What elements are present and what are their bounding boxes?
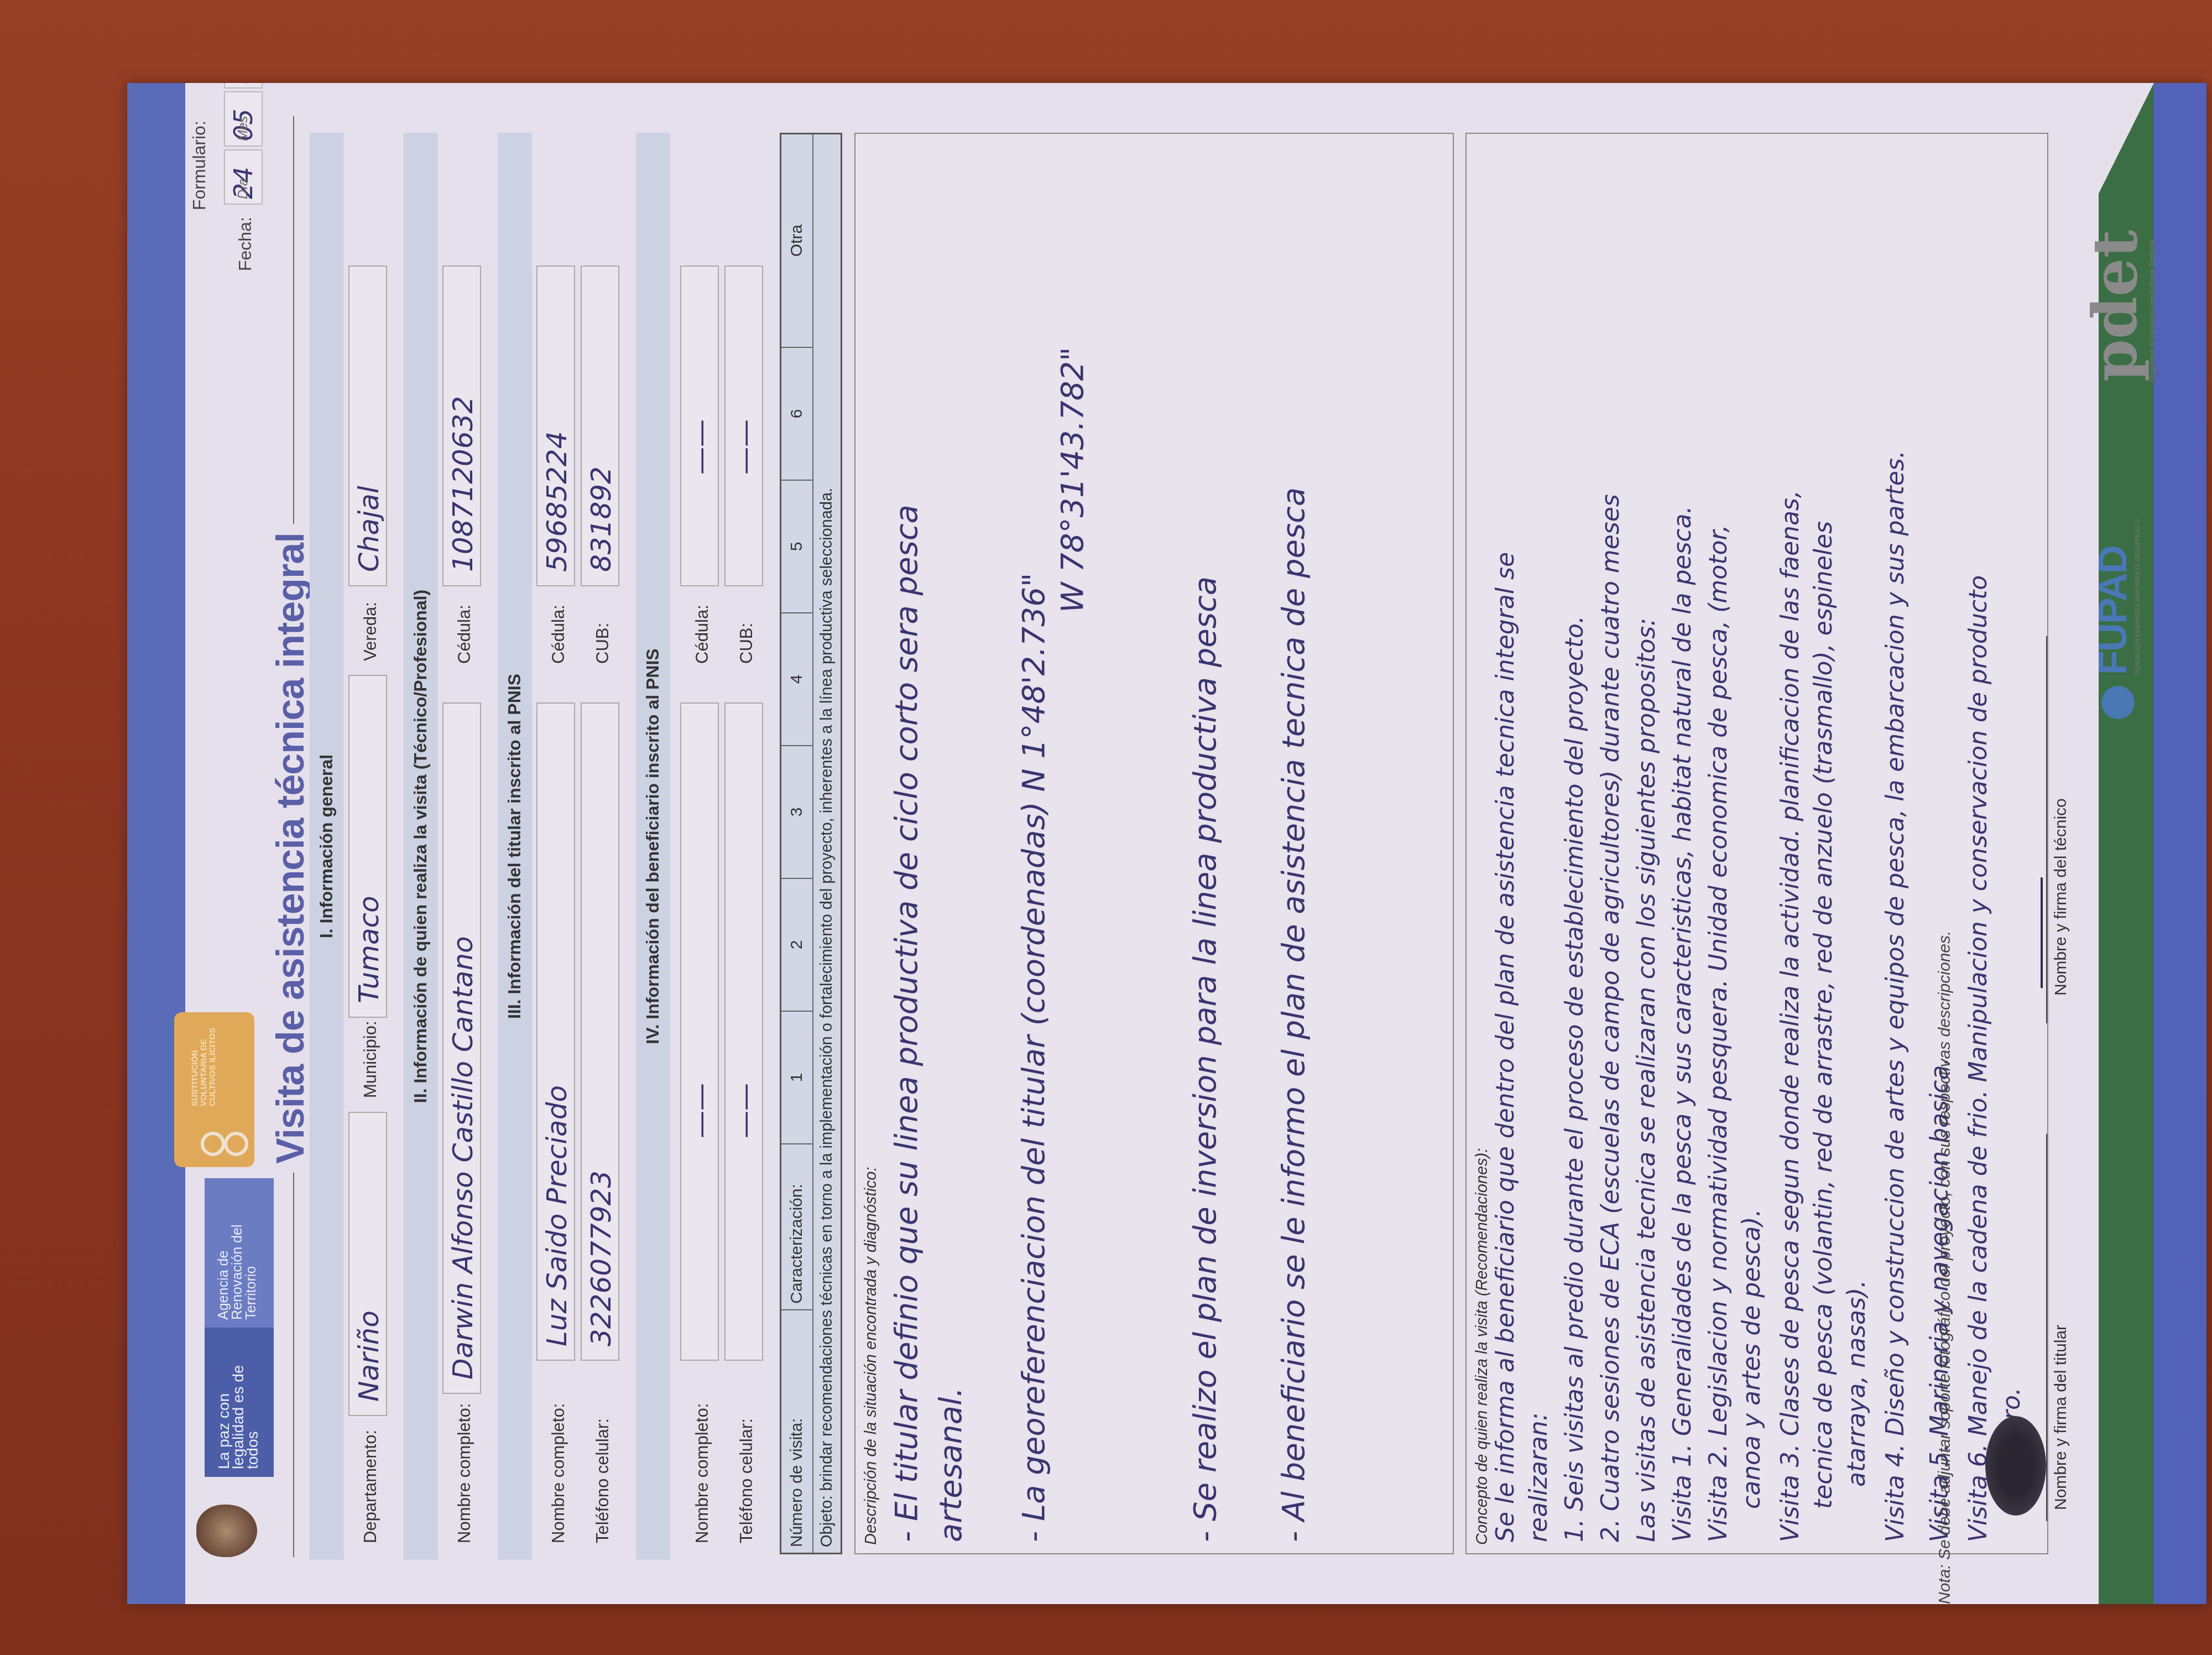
concepto-line: Las visitas de asistencia tecnica se rea… (1632, 618, 1661, 1542)
beneficiario-nombre-field[interactable]: —— (680, 702, 719, 1361)
concepto-line: realizaran: (1525, 1413, 1553, 1542)
section-2-header: II. Información de quien realiza la visi… (404, 133, 438, 1560)
tecnico-nombre-field[interactable]: Darwin Alfonso Castillo Cantano (442, 702, 481, 1394)
vereda-field[interactable]: Chajal (348, 266, 387, 586)
descripcion-line: artesanal. (933, 1387, 969, 1542)
footer-area: Nota: Se debe adjuntar soporte fotográfi… (1936, 111, 1980, 1604)
visit-number-table: Número de visita: Caracterización: 1 2 3… (780, 133, 842, 1554)
titular-nombre-field[interactable]: Luz Saido Preciado (536, 702, 575, 1361)
titular-signature-line[interactable] (2046, 1134, 2047, 1521)
section-1-header: I. Información general (310, 133, 344, 1560)
visit-cell-4[interactable]: 4 (781, 612, 812, 745)
descripcion-caption: Descripción de la situación encontrada y… (862, 1167, 880, 1545)
concepto-line: Visita 2. Legislacion y normatividad pes… (1704, 525, 1733, 1542)
descripcion-box[interactable]: Descripción de la situación encontrada y… (854, 133, 1454, 1554)
concepto-line: 1. Seis visitas al predio durante el pro… (1561, 616, 1589, 1542)
firma-tecnico-label: Nombre y firma del técnico (2052, 798, 2070, 996)
section-4-row-2: Teléfono celular: —— CUB: —— (724, 83, 775, 1604)
visit-cell-1[interactable]: 1 (781, 1011, 812, 1143)
section-3-header: III. Información del titular inscrito al… (498, 133, 532, 1560)
visit-cell-otra[interactable]: Otra (781, 134, 812, 347)
firma-titular-label: Nombre y firma del titular (2052, 1325, 2070, 1510)
departamento-field[interactable]: Nariño (348, 1112, 387, 1416)
concepto-line: tecnica de pesca (volantin, red de arras… (1809, 521, 1838, 1509)
logos-area: FUPAD FUNDACIÓN PANAMERICANA PARA EL DES… (2079, 127, 2162, 736)
titular-telefono-field[interactable]: 3226077923 (581, 702, 619, 1361)
objetivo-text: Objeto: brindar recomendaciones técnicas… (813, 134, 841, 1553)
formulario-label: Formulario: (189, 121, 210, 210)
signature-area: Nombre y firma del titular Nombre y firm… (1980, 111, 2079, 1604)
titular-cub-field[interactable]: 831892 (581, 266, 619, 586)
date-day-field[interactable]: Día 24 (224, 149, 263, 205)
concepto-line: canoa y artes de pesca). (1738, 1209, 1766, 1509)
form-paper: La paz con legalidad es de todos Agencia… (127, 83, 2206, 1604)
descripcion-line: - El titular definio que su linea produc… (889, 504, 925, 1542)
visit-number-row: Número de visita: Caracterización: 1 2 3… (781, 134, 813, 1553)
section-4-header: IV. Información del beneficiario inscrit… (636, 133, 670, 1560)
fingerprint-icon (1985, 1416, 2046, 1516)
descripcion-line: - Al beneficiario se le informo el plan … (1276, 487, 1312, 1542)
beneficiario-cedula-field[interactable]: —— (680, 266, 719, 586)
pnis-logo-text: SUSTITUCIÓN VOLUNTARIA DE CULTIVOS ILÍCI… (191, 1012, 217, 1106)
titular-cedula-field[interactable]: 59685224 (536, 266, 575, 586)
section-1-row: Departamento: Nariño Municipio: Tumaco V… (348, 83, 399, 1604)
concepto-caption: Concepto de quien realiza la visita (Rec… (1473, 1148, 1491, 1545)
spiral-icon (224, 1132, 248, 1156)
spiral-icon (201, 1132, 225, 1156)
form-sheet: La paz con legalidad es de todos Agencia… (127, 83, 2206, 1604)
section-3-row-2: Teléfono celular: 3226077923 CUB: 831892 (581, 83, 632, 1604)
descripcion-line: - Se realizo el plan de inversion para l… (1187, 576, 1223, 1542)
pdet-subtitle: Programas de Desarrollo con Enfoque Terr… (2148, 240, 2156, 382)
concepto-line: Visita 1. Generalidades de la pesca y su… (1668, 506, 1697, 1542)
globe-icon (2101, 686, 2135, 719)
section-2-row: Nombre completo: Darwin Alfonso Castillo… (442, 83, 493, 1604)
visit-cell-5[interactable]: 5 (781, 480, 812, 612)
government-logo: La paz con legalidad es de todos Agencia… (205, 1178, 274, 1477)
pdet-logo: pdet (2079, 230, 2151, 382)
beneficiario-cub-field[interactable]: —— (724, 266, 763, 586)
descripcion-line: - La georeferenciacion del titular (coor… (1016, 573, 1052, 1542)
concepto-line: Se le informa al beneficiario que dentro… (1491, 552, 1520, 1542)
tecnico-cedula-field[interactable]: 1087120632 (442, 266, 481, 586)
concepto-line: 2. Cuatro sesiones de ECA (escuelas de c… (1597, 494, 1625, 1542)
fupad-logo: FUPAD (2090, 546, 2136, 675)
concepto-line: Visita 4. Diseño y construccion de artes… (1881, 450, 1910, 1542)
gov-slogan: La paz con legalidad es de todos (205, 1328, 274, 1477)
tecnico-signature-icon (1991, 859, 2043, 988)
visit-cell-3[interactable]: 3 (781, 745, 812, 878)
section-3-row-1: Nombre completo: Luz Saido Preciado Cédu… (536, 83, 587, 1604)
agency-name: Agencia de Renovación del Territorio (205, 1178, 274, 1328)
nota-text: Nota: Se debe adjuntar soporte fotográfi… (1936, 111, 1954, 1604)
concepto-line: atarraya, nasas). (1843, 1280, 1871, 1487)
section-4-row-1: Nombre completo: —— Cédula: —— (680, 83, 731, 1604)
descripcion-line: W 78°31'43.782" (1055, 347, 1091, 613)
visit-cell-2[interactable]: 2 (781, 878, 812, 1011)
visit-cell-6[interactable]: 6 (781, 347, 812, 480)
fecha-label: Fecha: (235, 217, 255, 271)
caracterizacion-cell[interactable]: Caracterización: (781, 1143, 812, 1309)
tecnico-signature-line[interactable] (2046, 636, 2047, 1023)
top-color-band (127, 83, 185, 1604)
concepto-line: Visita 3. Clases de pesca segun donde re… (1776, 490, 1804, 1542)
numero-visita-label: Número de visita: (781, 1309, 812, 1553)
fupad-subtitle: FUNDACIÓN PANAMERICANA PARA EL DESARROLL… (2135, 519, 2141, 675)
pnis-logo: SUSTITUCIÓN VOLUNTARIA DE CULTIVOS ILÍCI… (174, 1012, 254, 1167)
municipio-field[interactable]: Tumaco (348, 675, 387, 1018)
colombia-coat-of-arms-icon (196, 1505, 257, 1557)
beneficiario-telefono-field[interactable]: —— (724, 702, 763, 1361)
page-title: Visita de asistencia técnica integral (268, 524, 312, 1173)
date-month-field[interactable]: Mes 05 (224, 91, 263, 147)
date-year-field[interactable]: Año 2022 (224, 83, 263, 89)
